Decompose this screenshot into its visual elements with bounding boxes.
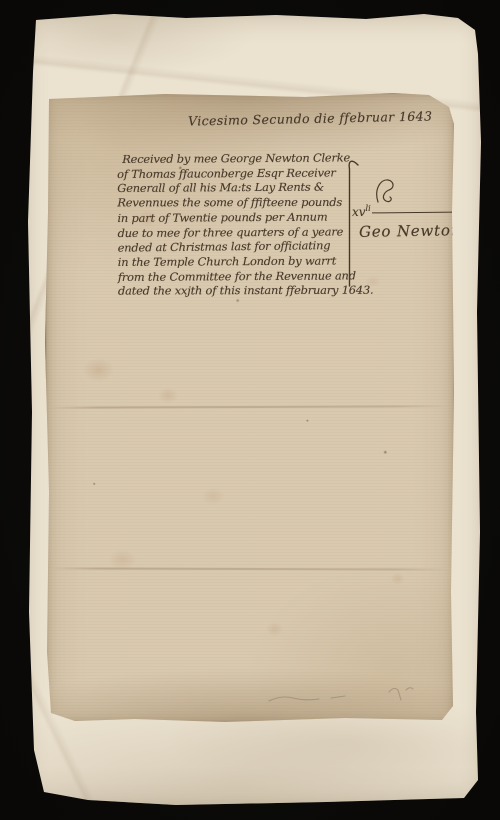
manuscript-line: in the Temple Church London by warrt [118,254,366,270]
receipt-document: Vicesimo Secundo die ffebruar 1643 Recei… [45,92,455,724]
pencil-annotation-icon [261,684,431,710]
signature: Geo Newton [359,221,462,241]
amount-rule-line [372,212,454,214]
paraph-flourish-icon [372,176,400,208]
manuscript-line: Revennues the some of ffifteene pounds [117,196,365,211]
manuscript-line: dated the xxjth of this instant ffebruar… [118,284,366,300]
amount-figure: xvli [352,204,371,219]
manuscript-line: Generall of all his Ma:ts Lay Rents & [117,181,365,197]
manuscript-line: Received by mee George Newton Clerke [122,151,364,167]
receipt-body-text: Received by mee George Newton Clerkeof T… [117,151,366,300]
manuscript-line: of Thomas ffauconberge Esqr Receiver [117,166,365,182]
fold-crease [49,405,451,408]
fold-crease [49,567,451,570]
heading-dateline: Vicesimo Secundo die ffebruar 1643 [188,108,428,128]
